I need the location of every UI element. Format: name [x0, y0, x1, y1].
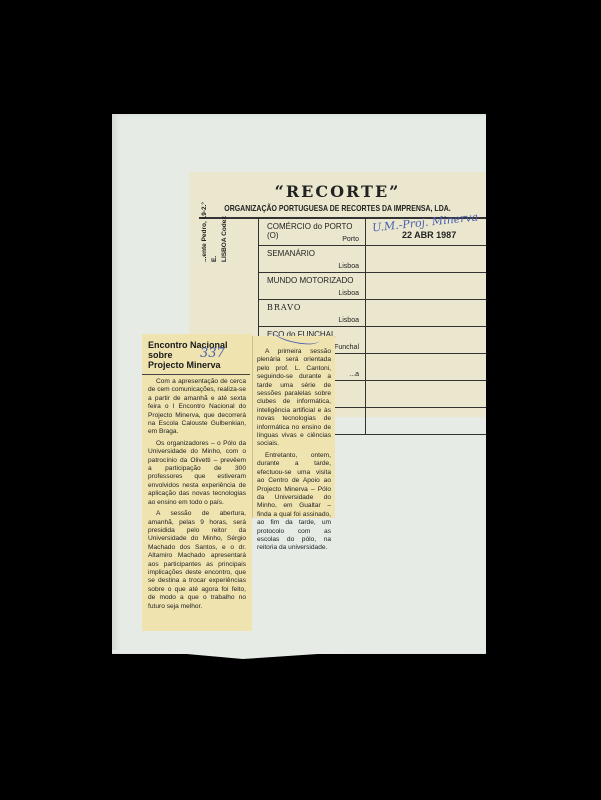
folder-torn-edge — [112, 650, 486, 660]
paragraph: A sessão de abertura, amanhã, pelas 9 ho… — [148, 510, 246, 611]
article-body: Com a apresentação de cerca de cem comun… — [148, 378, 246, 614]
publication-city: Lisboa — [338, 263, 359, 270]
slip-title: “RECORTE” — [189, 182, 486, 201]
publication-name: SEMANÁRIO — [267, 249, 315, 258]
paragraph: Os organizadores – o Pólo da Universidad… — [148, 440, 246, 507]
publication-city: Porto — [342, 236, 359, 243]
newspaper-clipping-left: Encontro Nacional sobre Projecto Minerva… — [142, 334, 252, 631]
publication-row: MUNDO MOTORIZADOLisboa — [258, 273, 486, 300]
paragraph: Entretanto, ontem, durante a tarde, efec… — [257, 452, 331, 553]
publication-city: Funchal — [334, 344, 359, 351]
vertical-address: ...ente Pedro, 19-2.° E. LISBOA Codex — [200, 200, 226, 262]
address-line: ...ente Pedro, 19-2.° E. — [200, 200, 220, 262]
paragraph: A primeira sessão plenária será orientad… — [257, 348, 331, 449]
publication-city: Lisboa — [338, 317, 359, 324]
address-line: LISBOA Codex — [220, 200, 230, 262]
newspaper-clipping-right: A primeira sessão plenária será orientad… — [252, 336, 335, 518]
publication-city: ...a — [349, 371, 359, 378]
publication-city: Lisboa — [338, 290, 359, 297]
headline-line: Projecto Minerva — [148, 360, 228, 370]
paragraph: Com a apresentação de cerca de cem comun… — [148, 378, 246, 437]
publication-name: MUNDO MOTORIZADO — [267, 276, 354, 285]
publication-name: BRAVO — [267, 303, 301, 312]
date-stamp: 22 ABR 1987 — [402, 230, 456, 240]
handwritten-number: 337 — [200, 346, 225, 361]
publication-row: BRAVOLisboa — [258, 300, 486, 327]
slip-subtitle: ORGANIZAÇÃO PORTUGUESA DE RECORTES DA IM… — [216, 203, 460, 213]
article-body: A primeira sessão plenária será orientad… — [257, 348, 331, 556]
publication-row: SEMANÁRIOLisboa — [258, 246, 486, 273]
